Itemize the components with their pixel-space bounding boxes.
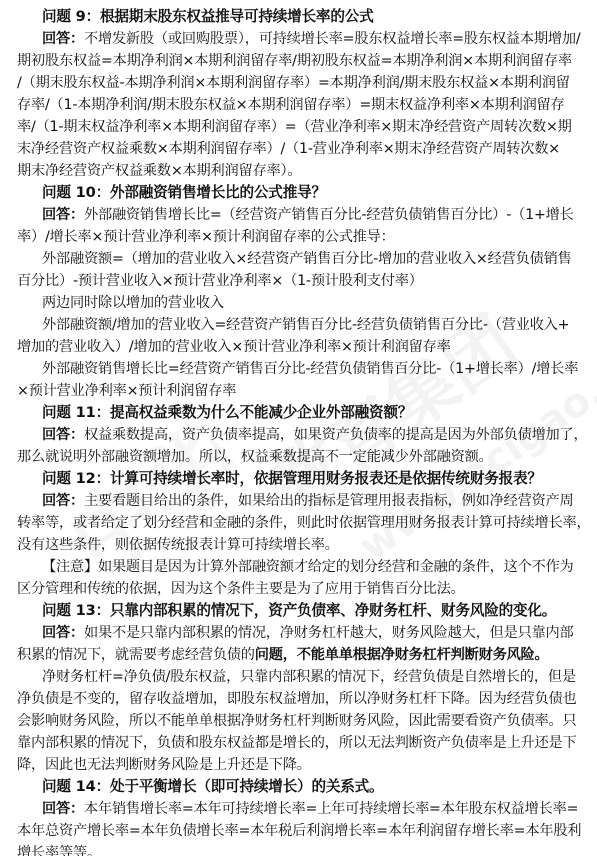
question-heading: 问题 10：外部融资销售增长比的公式推导？ <box>17 182 577 204</box>
qa-section: 问题 11：提高权益乘数为什么不能减少企业外部融资额？回答：权益乘数提高，资产负… <box>17 402 577 468</box>
question-heading: 问题 11：提高权益乘数为什么不能减少企业外部融资额？ <box>17 402 577 424</box>
answer-line: 期初股东权益=本期净利润×本期利润留存率/期初股东权益=本期净利润×本期利润留存… <box>17 50 577 72</box>
answer-first-line: 回答：本年销售增长率=本年可持续增长率=上年可持续增长率=本年股东权益增长率= <box>17 798 577 820</box>
qa-section: 问题 13：只靠内部积累的情况下，资产负债率、净财务杠杆、财务风险的变化。回答：… <box>17 600 577 776</box>
answer-line: 百分比）-预计营业收入×预计营业净利率×（1-预计股利支付率） <box>17 270 577 292</box>
answer-first-line: 回答：外部融资销售增长比=（经营资产销售百分比-经营负债销售百分比）-（1+增长 <box>17 204 577 226</box>
answer-line: 率）/增长率×预计营业净利率×预计利润留存率的公式推导： <box>17 226 577 248</box>
answer-label: 回答： <box>42 31 84 47</box>
qa-section: 问题 12：计算可持续增长率时，依据管理用财务报表还是依据传统财务报表？回答：主… <box>17 468 577 600</box>
answer-first-line: 回答：主要看题目给出的条件，如果给出的指标是管理用报表指标，例如净经营资产周 <box>17 490 577 512</box>
answer-text: /（期末股东权益-本期净利润×本期利润留存率）=本期净利润/期末股东权益×本期利… <box>17 75 570 91</box>
answer-line: 会影响财务风险，所以不能单单根据净财务杠杆判断财务风险，因此需要看资产负债率。只 <box>17 710 577 732</box>
answer-text: 外部融资额=（增加的营业收入×经营资产销售百分比-增加的营业收入×经营负债销售 <box>42 251 572 267</box>
answer-text: ×预计营业净利率×预计利润留存率 <box>17 383 236 399</box>
question-heading: 问题 14：处于平衡增长（即可持续增长）的关系式。 <box>17 776 577 798</box>
answer-text: 增加的营业收入）/增加的营业收入×预计营业净利率×预计利润留存率 <box>17 339 451 355</box>
answer-text: 区分管理和传统的依据，因为这个条件主要是为了应用于销售百分比法。 <box>17 581 465 597</box>
answer-text: 期末净经营资产权益乘数×本期利润留存率）。 <box>17 163 301 179</box>
answer-line: 增加的营业收入）/增加的营业收入×预计营业净利率×预计利润留存率 <box>17 336 577 358</box>
answer-text: 如果不是只靠内部积累的情况，净财务杠杆越大，财务风险越大，但是只靠内部 <box>84 625 574 641</box>
answer-text: 积累的情况下，就需要考虑经营负债的 <box>17 647 255 663</box>
answer-text: 外部融资销售增长比=（经营资产销售百分比-经营负债销售百分比）-（1+增长 <box>84 207 574 223</box>
qa-section: 问题 10：外部融资销售增长比的公式推导？回答：外部融资销售增长比=（经营资产销… <box>17 182 577 402</box>
answer-text: 两边同时除以增加的营业收入 <box>42 295 224 311</box>
answer-text: 会影响财务风险，所以不能单单根据净财务杠杆判断财务风险，因此需要看资产负债率。只 <box>17 713 577 729</box>
answer-text: 主要看题目给出的条件，如果给出的指标是管理用报表指标，例如净经营资产周 <box>84 493 574 509</box>
answer-text: 净财务杠杆=净负债/股东权益，只靠内部积累的情况下，经营负债是自然增长的，但是 <box>42 669 576 685</box>
answer-text: 率/（1-期末权益净利率×本期利润留存率）=（营业净利率×期末净经营资产周转次数… <box>17 119 572 135</box>
answer-text: 本年总资产增长率=本年负债增长率=本年税后利润增长率=本年利润留存增长率=本年股… <box>17 823 581 839</box>
answer-text: 权益乘数提高，资产负债率提高，如果资产负债率的提高是因为外部负债增加了， <box>84 427 588 443</box>
answer-emphasis: 问题，不能单单根据净财务杠杆判断财务风险。 <box>255 647 549 663</box>
answer-text: 率）/增长率×预计营业净利率×预计利润留存率的公式推导： <box>17 229 395 245</box>
answer-line: 外部融资额/增加的营业收入=经营资产销售百分比-经营负债销售百分比-（营业收入+ <box>17 314 577 336</box>
answer-line: 外部融资额=（增加的营业收入×经营资产销售百分比-增加的营业收入×经营负债销售 <box>17 248 577 270</box>
answer-first-line: 回答：权益乘数提高，资产负债率提高，如果资产负债率的提高是因为外部负债增加了， <box>17 424 577 446</box>
answer-text: 末净经营资产权益乘数×本期利润留存率）/（1-营业净利率×期末净经营资产周转次数… <box>17 141 560 157</box>
answer-text: 转率等，或者给定了划分经营和金融的条件，则此时依据管理用财务报表计算可持续增长率… <box>17 515 591 531</box>
answer-label: 回答： <box>42 801 84 817</box>
answer-line: 那么就说明外部融资额增加。所以，权益乘数提高不一定能减少外部融资额。 <box>17 446 577 468</box>
answer-line: 净财务杠杆=净负债/股东权益，只靠内部积累的情况下，经营负债是自然增长的，但是 <box>17 666 577 688</box>
answer-line: 靠内部积累的情况下，负债和股东权益都是增长的，所以无法判断资产负债率是上升还是下 <box>17 732 577 754</box>
answer-text: 净负债是不变的，留存收益增加，即股东权益增加，所以净财务杠杆下降。因为经营负债也 <box>17 691 577 707</box>
answer-line: /（期末股东权益-本期净利润×本期利润留存率）=本期净利润/期末股东权益×本期利… <box>17 72 577 94</box>
answer-label: 回答： <box>42 625 84 641</box>
answer-line: 增长率等等。 <box>17 842 577 856</box>
answer-label: 回答： <box>42 427 84 443</box>
answer-text: 不增发新股（或回购股票），可持续增长率=股东权益增长率=股东权益本期增加/ <box>84 31 580 47</box>
answer-text: 存率/（1-本期净利润/期末股东权益×本期利润留存率）=期末权益净利率×本期利润… <box>17 97 565 113</box>
answer-line: 存率/（1-本期净利润/期末股东权益×本期利润留存率）=期末权益净利率×本期利润… <box>17 94 577 116</box>
question-heading: 问题 13：只靠内部积累的情况下，资产负债率、净财务杠杆、财务风险的变化。 <box>17 600 577 622</box>
answer-line: 净负债是不变的，留存收益增加，即股东权益增加，所以净财务杠杆下降。因为经营负债也 <box>17 688 577 710</box>
answer-line: ×预计营业净利率×预计利润留存率 <box>17 380 577 402</box>
document-body: 问题 9：根据期末股东权益推导可持续增长率的公式回答：不增发新股（或回购股票），… <box>17 6 577 856</box>
answer-line: 末净经营资产权益乘数×本期利润留存率）/（1-营业净利率×期末净经营资产周转次数… <box>17 138 577 160</box>
answer-text: 期初股东权益=本期净利润×本期利润留存率/期初股东权益=本期净利润×本期利润留存… <box>17 53 572 69</box>
answer-text: 外部融资销售增长比=经营资产销售百分比-经营负债销售百分比-（1+增长率）/增长… <box>42 361 578 377</box>
answer-first-line: 回答：如果不是只靠内部积累的情况，净财务杠杆越大，财务风险越大，但是只靠内部 <box>17 622 577 644</box>
answer-text: 没有这些条件，则依据传统报表计算可持续增长率。 <box>17 537 339 553</box>
answer-line: 积累的情况下，就需要考虑经营负债的问题，不能单单根据净财务杠杆判断财务风险。 <box>17 644 577 666</box>
answer-text: 降，因此也无法判断财务风险是上升还是下降。 <box>17 757 311 773</box>
qa-section: 问题 14：处于平衡增长（即可持续增长）的关系式。回答：本年销售增长率=本年可持… <box>17 776 577 856</box>
answer-label: 回答： <box>42 493 84 509</box>
answer-first-line: 回答：不增发新股（或回购股票），可持续增长率=股东权益增长率=股东权益本期增加/ <box>17 28 577 50</box>
answer-line: 率/（1-期末权益净利率×本期利润留存率）=（营业净利率×期末净经营资产周转次数… <box>17 116 577 138</box>
answer-text: 外部融资额/增加的营业收入=经营资产销售百分比-经营负债销售百分比-（营业收入+ <box>42 317 569 333</box>
answer-label: 回答： <box>42 207 84 223</box>
answer-line: 降，因此也无法判断财务风险是上升还是下降。 <box>17 754 577 776</box>
answer-text: 那么就说明外部融资额增加。所以，权益乘数提高不一定能减少外部融资额。 <box>17 449 493 465</box>
question-heading: 问题 9：根据期末股东权益推导可持续增长率的公式 <box>17 6 577 28</box>
answer-line: 期末净经营资产权益乘数×本期利润留存率）。 <box>17 160 577 182</box>
answer-line: 外部融资销售增长比=经营资产销售百分比-经营负债销售百分比-（1+增长率）/增长… <box>17 358 577 380</box>
answer-line: 区分管理和传统的依据，因为这个条件主要是为了应用于销售百分比法。 <box>17 578 577 600</box>
answer-line: 两边同时除以增加的营业收入 <box>17 292 577 314</box>
answer-text: 增长率等等。 <box>17 845 101 856</box>
answer-line: 本年总资产增长率=本年负债增长率=本年税后利润增长率=本年利润留存增长率=本年股… <box>17 820 577 842</box>
answer-text: 靠内部积累的情况下，负债和股东权益都是增长的，所以无法判断资产负债率是上升还是下 <box>17 735 577 751</box>
answer-text: 百分比）-预计营业收入×预计营业净利率×（1-预计股利支付率） <box>17 273 423 289</box>
answer-line: 没有这些条件，则依据传统报表计算可持续增长率。 <box>17 534 577 556</box>
answer-text: 【注意】如果题目是因为计算外部融资额才给定的划分经营和金融的条件，这个不作为 <box>42 559 574 575</box>
qa-section: 问题 9：根据期末股东权益推导可持续增长率的公式回答：不增发新股（或回购股票），… <box>17 6 577 182</box>
question-heading: 问题 12：计算可持续增长率时，依据管理用财务报表还是依据传统财务报表？ <box>17 468 577 490</box>
answer-line: 转率等，或者给定了划分经营和金融的条件，则此时依据管理用财务报表计算可持续增长率… <box>17 512 577 534</box>
answer-text: 本年销售增长率=本年可持续增长率=上年可持续增长率=本年股东权益增长率= <box>84 801 578 817</box>
answer-line: 【注意】如果题目是因为计算外部融资额才给定的划分经营和金融的条件，这个不作为 <box>17 556 577 578</box>
